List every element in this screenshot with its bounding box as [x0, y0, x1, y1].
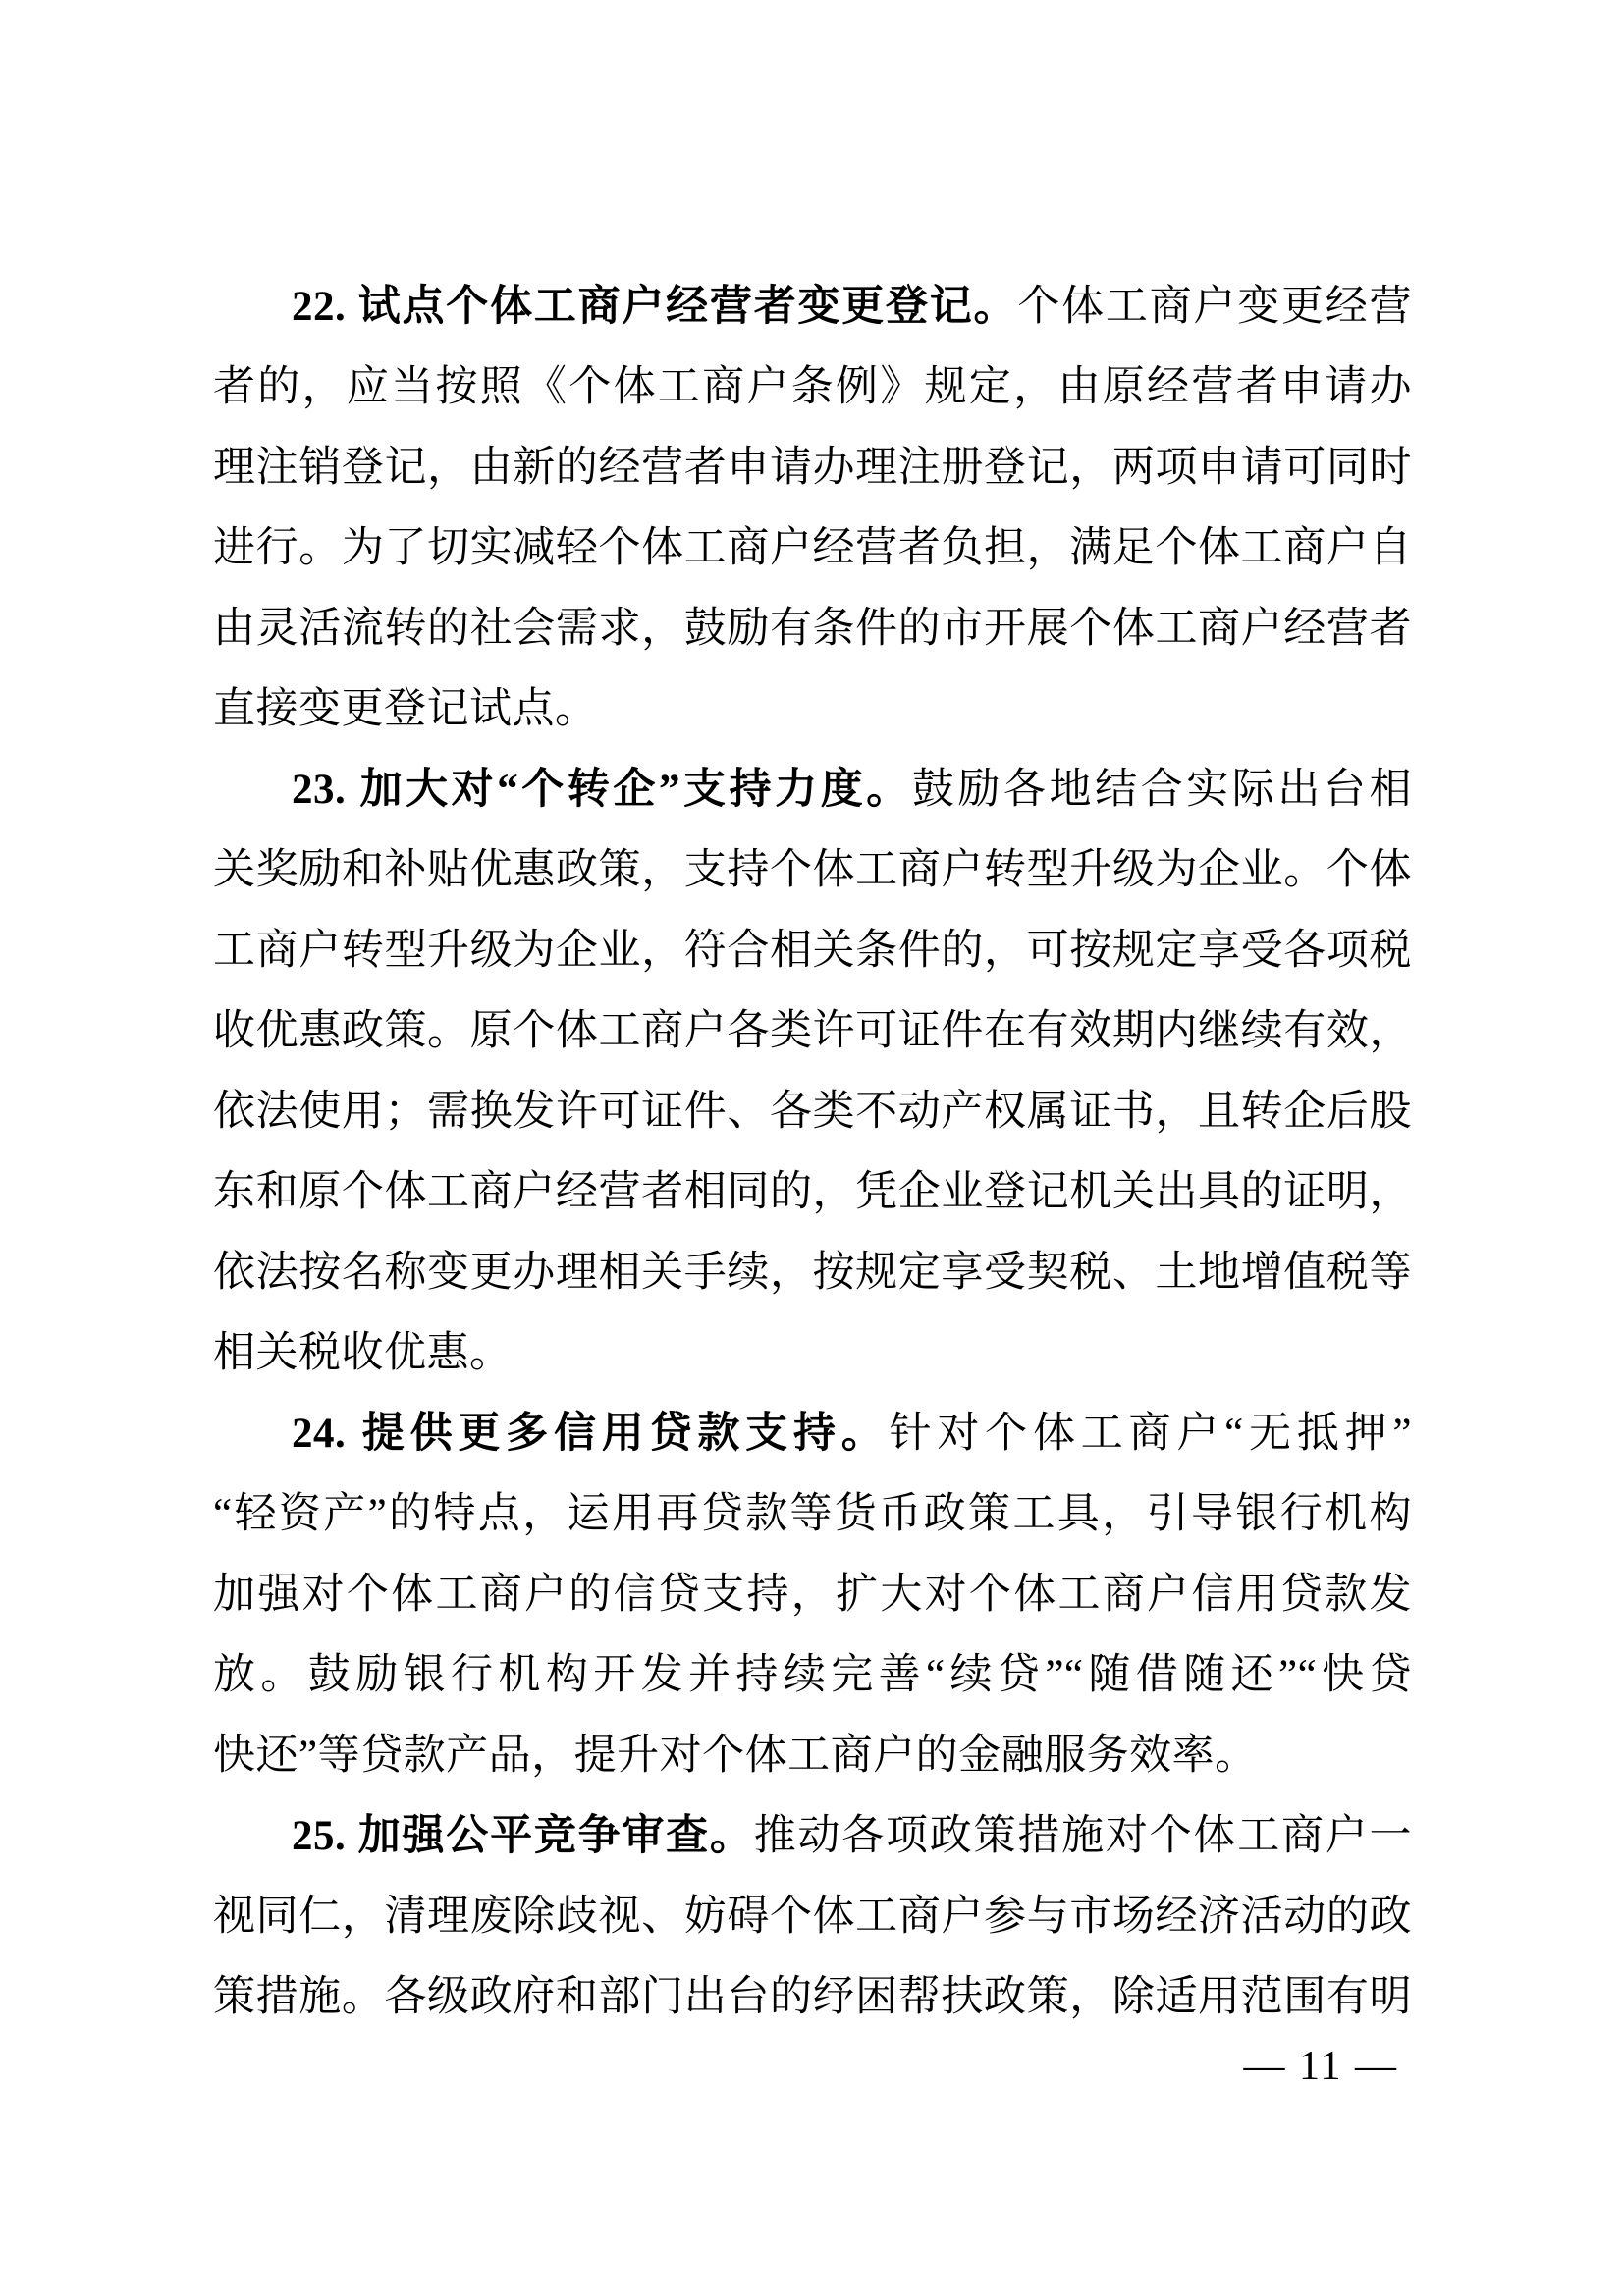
- body-text: 收优惠政策。原个体工商户各类许可证件在有效期内继续有效，: [213, 1008, 1412, 1054]
- paragraph-item-25: 25. 加强公平竞争审查。推动各项政策措施对个体工商户一视同仁，清理废除歧视、妨…: [213, 1796, 1412, 2038]
- text-line: 相关税收优惠。: [213, 1313, 1412, 1394]
- document-page: 22. 试点个体工商户经营者变更登记。个体工商户变更经营者的，应当按照《个体工商…: [0, 0, 1624, 2296]
- text-line: 者的，应当按照《个体工商户条例》规定，由原经营者申请办: [213, 347, 1412, 428]
- paragraph-item-24: 24. 提供更多信用贷款支持。针对个体工商户“无抵押”“轻资产”的特点，运用再贷…: [213, 1394, 1412, 1796]
- text-line: 依法按名称变更办理相关手续，按规定享受契税、土地增值税等: [213, 1233, 1412, 1313]
- text-line: “轻资产”的特点，运用再贷款等货币政策工具，引导银行机构: [213, 1474, 1412, 1555]
- body-text: 东和原个体工商户经营者相同的，凭企业登记机关出具的证明，: [213, 1169, 1412, 1215]
- body-text: 进行。为了切实减轻个体工商户经营者负担，满足个体工商户自: [213, 525, 1412, 571]
- paragraph-item-22: 22. 试点个体工商户经营者变更登记。个体工商户变更经营者的，应当按照《个体工商…: [213, 267, 1412, 750]
- page-number: — 11 —: [1244, 2042, 1398, 2091]
- body-text: 快还”等贷款产品，提升对个体工商户的金融服务效率。: [213, 1733, 1258, 1779]
- text-line: 24. 提供更多信用贷款支持。针对个体工商户“无抵押”: [213, 1394, 1412, 1474]
- text-line: 由灵活流转的社会需求，鼓励有条件的市开展个体工商户经营者: [213, 589, 1412, 669]
- document-content: 22. 试点个体工商户经营者变更登记。个体工商户变更经营者的，应当按照《个体工商…: [213, 267, 1412, 2038]
- body-text: 视同仁，清理废除歧视、妨碍个体工商户参与市场经济活动的政: [213, 1894, 1412, 1940]
- item-heading: 22. 试点个体工商户经营者变更登记。: [292, 284, 1017, 330]
- text-line: 进行。为了切实减轻个体工商户经营者负担，满足个体工商户自: [213, 508, 1412, 589]
- body-text: 策措施。各级政府和部门出台的纾困帮扶政策，除适用范围有明: [213, 1974, 1412, 2020]
- text-line: 快还”等贷款产品，提升对个体工商户的金融服务效率。: [213, 1716, 1412, 1796]
- text-line: 策措施。各级政府和部门出台的纾困帮扶政策，除适用范围有明: [213, 1957, 1412, 2038]
- text-line: 22. 试点个体工商户经营者变更登记。个体工商户变更经营: [213, 267, 1412, 347]
- body-text: 加强对个体工商户的信贷支持，扩大对个体工商户信用贷款发: [213, 1572, 1412, 1618]
- item-heading: 25. 加强公平竞争审查。: [292, 1813, 754, 1859]
- body-text: 推动各项政策措施对个体工商户一: [754, 1813, 1412, 1859]
- body-text: 者的，应当按照《个体工商户条例》规定，由原经营者申请办: [213, 364, 1412, 410]
- body-text: 鼓励各地结合实际出台相: [912, 767, 1412, 813]
- body-text: 针对个体工商户“无抵押”: [890, 1411, 1412, 1457]
- text-line: 关奖励和补贴优惠政策，支持个体工商户转型升级为企业。个体: [213, 830, 1412, 911]
- text-line: 加强对个体工商户的信贷支持，扩大对个体工商户信用贷款发: [213, 1555, 1412, 1635]
- body-text: 工商户转型升级为企业，符合相关条件的，可按规定享受各项税: [213, 928, 1412, 974]
- body-text: 依法使用；需换发许可证件、各类不动产权属证书，且转企后股: [213, 1089, 1412, 1135]
- body-text: 依法按名称变更办理相关手续，按规定享受契税、土地增值税等: [213, 1250, 1412, 1296]
- text-line: 视同仁，清理废除歧视、妨碍个体工商户参与市场经济活动的政: [213, 1877, 1412, 1957]
- body-text: 直接变更登记试点。: [213, 686, 598, 732]
- text-line: 工商户转型升级为企业，符合相关条件的，可按规定享受各项税: [213, 911, 1412, 991]
- body-text: 相关税收优惠。: [213, 1330, 513, 1376]
- text-line: 理注销登记，由新的经营者申请办理注册登记，两项申请可同时: [213, 428, 1412, 508]
- item-heading: 23. 加大对“个转企”支持力度。: [292, 767, 912, 813]
- text-line: 收优惠政策。原个体工商户各类许可证件在有效期内继续有效，: [213, 991, 1412, 1072]
- body-text: 由灵活流转的社会需求，鼓励有条件的市开展个体工商户经营者: [213, 606, 1412, 652]
- body-text: 放。鼓励银行机构开发并持续完善“续贷”“随借随还”“快贷: [213, 1652, 1412, 1698]
- text-line: 依法使用；需换发许可证件、各类不动产权属证书，且转企后股: [213, 1072, 1412, 1152]
- text-line: 23. 加大对“个转企”支持力度。鼓励各地结合实际出台相: [213, 750, 1412, 830]
- text-line: 东和原个体工商户经营者相同的，凭企业登记机关出具的证明，: [213, 1152, 1412, 1233]
- body-text: “轻资产”的特点，运用再贷款等货币政策工具，引导银行机构: [213, 1491, 1412, 1537]
- body-text: 个体工商户变更经营: [1017, 284, 1412, 330]
- paragraph-item-23: 23. 加大对“个转企”支持力度。鼓励各地结合实际出台相关奖励和补贴优惠政策，支…: [213, 750, 1412, 1394]
- text-line: 25. 加强公平竞争审查。推动各项政策措施对个体工商户一: [213, 1796, 1412, 1877]
- body-text: 关奖励和补贴优惠政策，支持个体工商户转型升级为企业。个体: [213, 847, 1412, 893]
- item-heading: 24. 提供更多信用贷款支持。: [292, 1411, 890, 1457]
- text-line: 放。鼓励银行机构开发并持续完善“续贷”“随借随还”“快贷: [213, 1635, 1412, 1716]
- text-line: 直接变更登记试点。: [213, 669, 1412, 750]
- body-text: 理注销登记，由新的经营者申请办理注册登记，两项申请可同时: [213, 445, 1412, 491]
